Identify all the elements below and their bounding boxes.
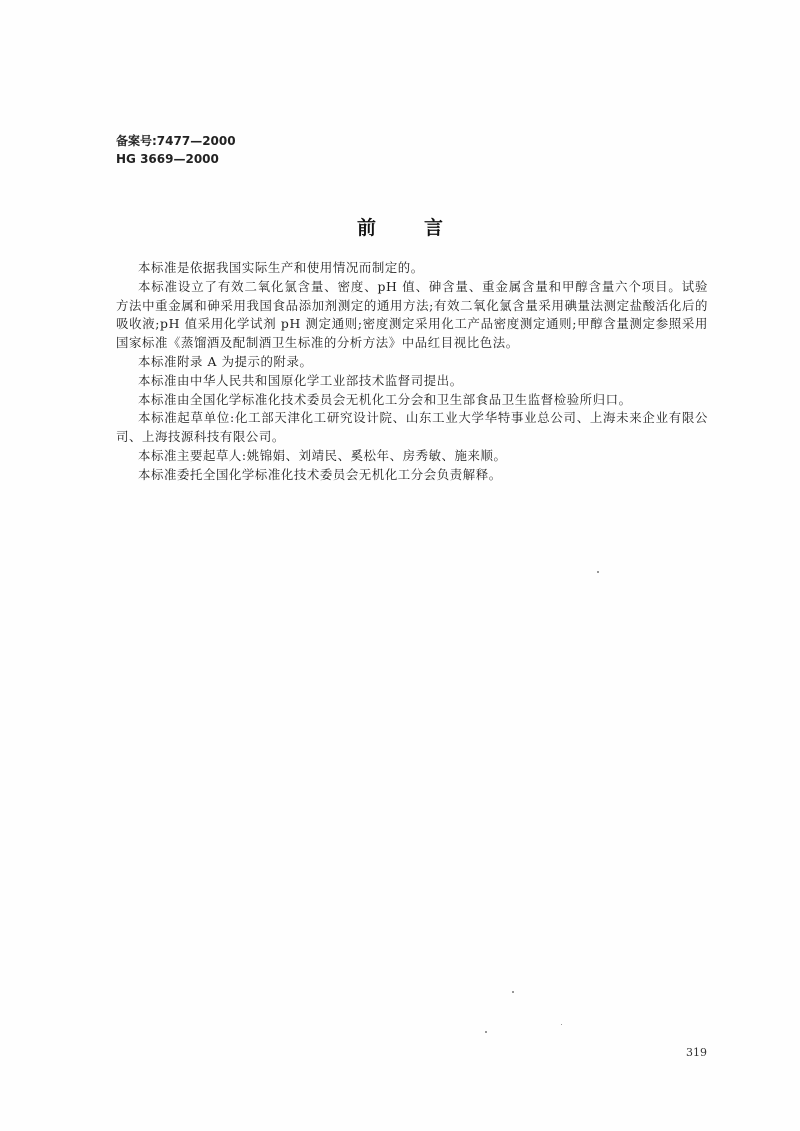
paragraph-administrator: 本标准由全国化学标准化技术委员会无机化工分会和卫生部食品卫生监督检验所归口。 xyxy=(116,391,708,410)
paragraph-drafting-units: 本标准起草单位:化工部天津化工研究设计院、山东工业大学华特事业总公司、上海未来企… xyxy=(116,409,708,447)
paragraph-proposer: 本标准由中华人民共和国原化学工业部技术监督司提出。 xyxy=(116,372,708,391)
foreword-body: 本标准是依据我国实际生产和使用情况而制定的。 本标准设立了有效二氧化氯含量、密度… xyxy=(116,259,708,485)
paragraph-test-items: 本标准设立了有效二氧化氯含量、密度、pH 值、砷含量、重金属含量和甲醇含量六个项… xyxy=(116,278,708,353)
document-header: 备案号:7477—2000 HG 3669—2000 xyxy=(116,132,236,168)
standard-code: HG 3669—2000 xyxy=(116,150,236,168)
paragraph-basis: 本标准是依据我国实际生产和使用情况而制定的。 xyxy=(116,259,708,278)
document-page: 备案号:7477—2000 HG 3669—2000 前言 本标准是依据我国实际… xyxy=(0,0,800,1131)
scan-speck xyxy=(561,1024,562,1025)
paragraph-drafters: 本标准主要起草人:姚锦娟、刘靖民、奚松年、房秀敏、施来顺。 xyxy=(116,447,708,466)
scan-speck xyxy=(597,571,599,573)
paragraph-interpretation: 本标准委托全国化学标准化技术委员会无机化工分会负责解释。 xyxy=(116,466,708,485)
page-title: 前言 xyxy=(0,213,800,240)
record-number: 备案号:7477—2000 xyxy=(116,132,236,150)
page-number: 319 xyxy=(686,1046,707,1059)
scan-speck xyxy=(512,991,514,993)
scan-speck xyxy=(485,1031,487,1033)
paragraph-appendix: 本标准附录 A 为提示的附录。 xyxy=(116,353,708,372)
